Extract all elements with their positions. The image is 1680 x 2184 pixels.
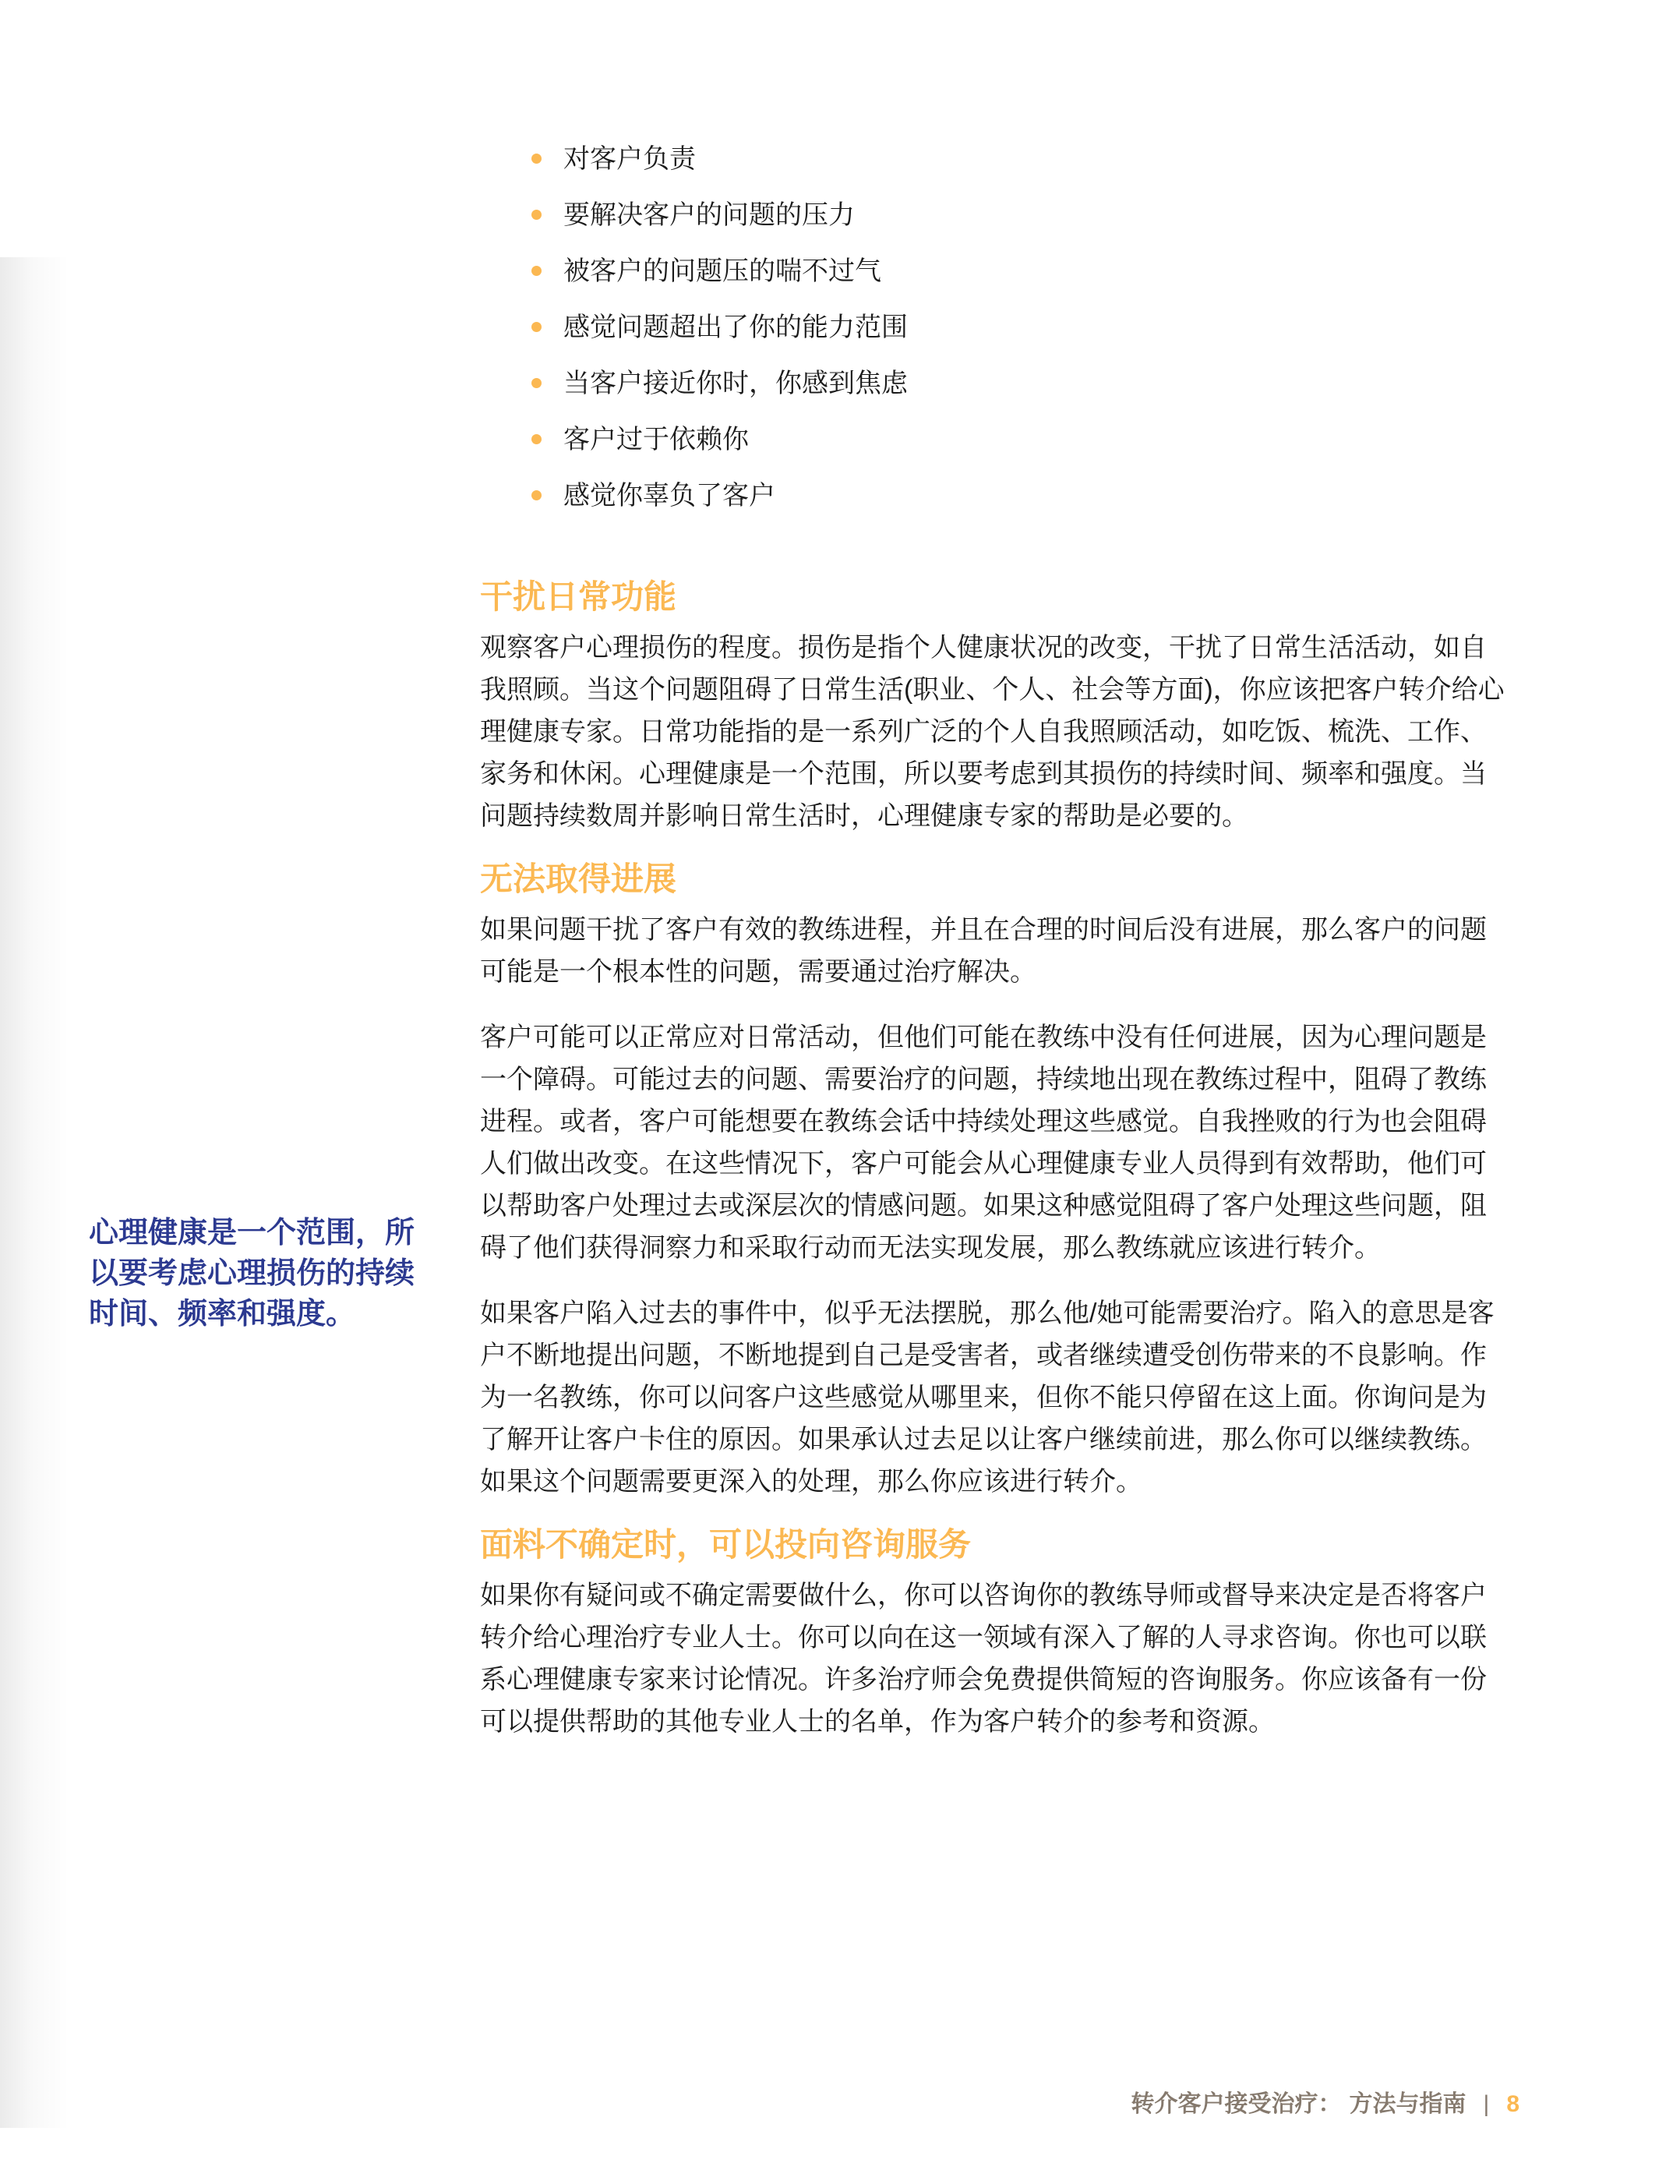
- paragraph: 观察客户心理损伤的程度。损伤是指个人健康状况的改变，干扰了日常生活活动，如自我照…: [480, 627, 1505, 837]
- list-item-text: 感觉问题超出了你的能力范围: [563, 312, 908, 343]
- section-heading-daily-function: 干扰日常功能: [480, 578, 1505, 616]
- bullet-icon: [531, 434, 542, 444]
- page-edge-shadow: [0, 257, 69, 2128]
- paragraph: 客户可能可以正常应对日常活动，但他们可能在教练中没有任何进展，因为心理问题是一个…: [480, 1016, 1505, 1269]
- list-item: 感觉问题超出了你的能力范围: [480, 312, 1505, 343]
- bullet-list: 对客户负责 要解决客户的问题的压力 被客户的问题压的喘不过气 感觉问题超出了你的…: [480, 143, 1505, 511]
- bullet-icon: [531, 490, 542, 500]
- footer-doc-subtitle: 方法与指南: [1350, 2084, 1466, 2119]
- list-item: 当客户接近你时，你感到焦虑: [480, 368, 1505, 399]
- list-item-text: 当客户接近你时，你感到焦虑: [563, 368, 908, 399]
- footer-page-number: 8: [1506, 2091, 1519, 2118]
- list-item: 感觉你辜负了客户: [480, 480, 1505, 511]
- list-item-text: 客户过于依赖你: [563, 424, 749, 455]
- paragraph: 如果客户陷入过去的事件中，似乎无法摆脱，那么他/她可能需要治疗。陷入的意思是客户…: [480, 1292, 1505, 1503]
- footer-divider-icon: |: [1484, 2091, 1490, 2118]
- page-footer: 转介客户接受治疗： 方法与指南 | 8: [1131, 2084, 1519, 2119]
- paragraph: 如果你有疑问或不确定需要做什么，你可以咨询你的教练导师或督导来决定是否将客户转介…: [480, 1574, 1505, 1743]
- bullet-icon: [531, 210, 542, 220]
- bullet-icon: [531, 266, 542, 276]
- footer-doc-title: 转介客户接受治疗：: [1131, 2084, 1342, 2119]
- list-item-text: 感觉你辜负了客户: [563, 480, 775, 511]
- bullet-icon: [531, 322, 542, 332]
- list-item: 客户过于依赖你: [480, 424, 1505, 455]
- section-heading-no-progress: 无法取得进展: [480, 861, 1505, 898]
- paragraph: 如果问题干扰了客户有效的教练进程，并且在合理的时间后没有进展，那么客户的问题可能…: [480, 909, 1505, 993]
- list-item: 要解决客户的问题的压力: [480, 200, 1505, 231]
- list-item: 被客户的问题压的喘不过气: [480, 256, 1505, 287]
- list-item-text: 要解决客户的问题的压力: [563, 200, 855, 231]
- list-item-text: 被客户的问题压的喘不过气: [563, 256, 881, 287]
- pull-quote: 心理健康是一个范围，所以要考虑心理损伤的持续时间、频率和强度。: [89, 1213, 433, 1334]
- list-item: 对客户负责: [480, 143, 1505, 175]
- list-item-text: 对客户负责: [563, 143, 696, 175]
- content-column: 对客户负责 要解决客户的问题的压力 被客户的问题压的喘不过气 感觉问题超出了你的…: [480, 143, 1505, 1766]
- bullet-icon: [531, 154, 542, 164]
- document-page: 对客户负责 要解决客户的问题的压力 被客户的问题压的喘不过气 感觉问题超出了你的…: [0, 0, 1680, 2184]
- bullet-icon: [531, 378, 542, 388]
- section-heading-consult-services: 面料不确定时，可以投向咨询服务: [480, 1526, 1505, 1564]
